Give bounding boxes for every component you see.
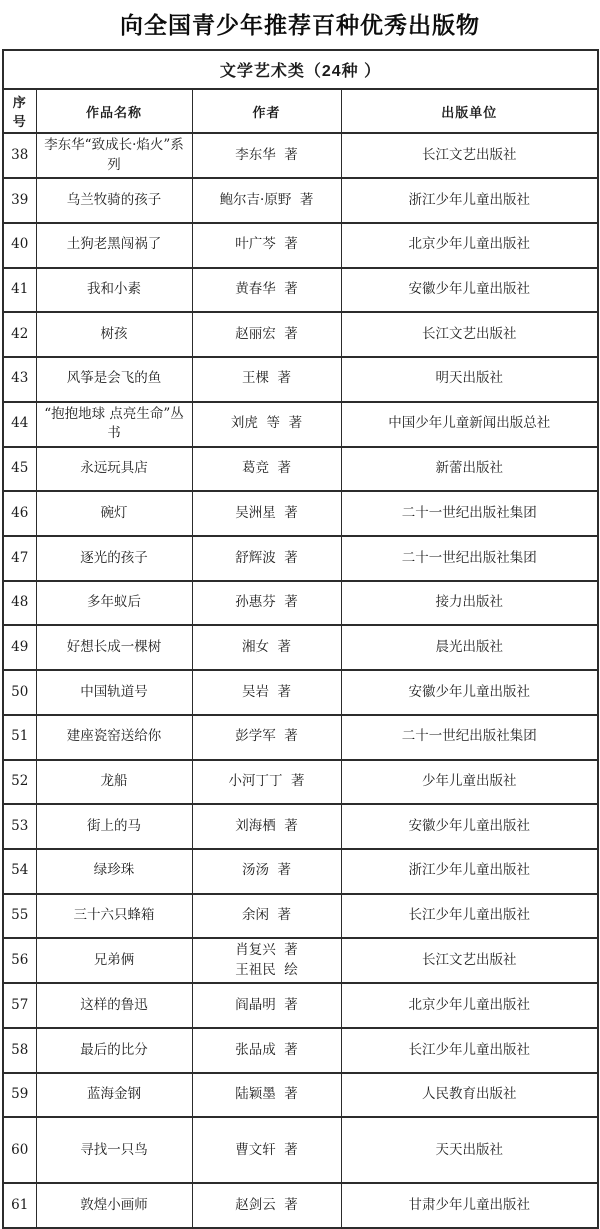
title-cell: “抱抱地球 点亮生命”丛书 bbox=[36, 402, 192, 447]
column-header-row: 序号 作品名称 作者 出版单位 bbox=[3, 89, 598, 133]
row-number-cell: 42 bbox=[3, 312, 36, 357]
table-row: 38 李东华“致成长·焰火”系列 李东华 著 长江文艺出版社 bbox=[3, 133, 598, 178]
table-row: 57 这样的鲁迅 阎晶明 著 北京少年儿童出版社 bbox=[3, 983, 598, 1028]
publisher-cell: 中国少年儿童新闻出版总社 bbox=[341, 402, 598, 447]
column-header-publisher: 出版单位 bbox=[341, 89, 598, 133]
publisher-cell: 安徽少年儿童出版社 bbox=[341, 804, 598, 849]
title-cell: 碗灯 bbox=[36, 491, 192, 536]
table-row: 60 寻找一只鸟 曹文轩 著 天天出版社 bbox=[3, 1117, 598, 1183]
table-row: 43 风筝是会飞的鱼 王棵 著 明天出版社 bbox=[3, 357, 598, 402]
author-cell: 湘女 著 bbox=[192, 625, 341, 670]
title-cell: 蓝海金钢 bbox=[36, 1073, 192, 1118]
row-number-cell: 45 bbox=[3, 447, 36, 492]
publisher-cell: 二十一世纪出版社集团 bbox=[341, 491, 598, 536]
table-row: 61 敦煌小画师 赵剑云 著 甘肃少年儿童出版社 bbox=[3, 1183, 598, 1228]
publisher-cell: 甘肃少年儿童出版社 bbox=[341, 1183, 598, 1228]
publisher-cell: 安徽少年儿童出版社 bbox=[341, 268, 598, 313]
row-number-cell: 50 bbox=[3, 670, 36, 715]
title-cell: 三十六只蜂箱 bbox=[36, 894, 192, 939]
author-cell: 黄春华 著 bbox=[192, 268, 341, 313]
publisher-cell: 新蕾出版社 bbox=[341, 447, 598, 492]
title-cell: 这样的鲁迅 bbox=[36, 983, 192, 1028]
publisher-cell: 长江少年儿童出版社 bbox=[341, 1028, 598, 1073]
row-number-cell: 51 bbox=[3, 715, 36, 760]
table-row: 48 多年蚁后 孙惠芬 著 接力出版社 bbox=[3, 581, 598, 626]
author-cell: 彭学军 著 bbox=[192, 715, 341, 760]
column-header-title: 作品名称 bbox=[36, 89, 192, 133]
author-cell: 孙惠芬 著 bbox=[192, 581, 341, 626]
row-number-cell: 48 bbox=[3, 581, 36, 626]
table-row: 39 乌兰牧骑的孩子 鲍尔吉·原野 著 浙江少年儿童出版社 bbox=[3, 178, 598, 223]
row-number-cell: 60 bbox=[3, 1117, 36, 1183]
publisher-cell: 少年儿童出版社 bbox=[341, 760, 598, 805]
author-cell: 张品成 著 bbox=[192, 1028, 341, 1073]
row-number-cell: 52 bbox=[3, 760, 36, 805]
publisher-cell: 长江文艺出版社 bbox=[341, 312, 598, 357]
table-row: 52 龙船 小河丁丁 著 少年儿童出版社 bbox=[3, 760, 598, 805]
row-number-cell: 43 bbox=[3, 357, 36, 402]
title-cell: 树孩 bbox=[36, 312, 192, 357]
title-cell: 好想长成一棵树 bbox=[36, 625, 192, 670]
table-row: 41 我和小素 黄春华 著 安徽少年儿童出版社 bbox=[3, 268, 598, 313]
publisher-cell: 浙江少年儿童出版社 bbox=[341, 849, 598, 894]
publisher-cell: 北京少年儿童出版社 bbox=[341, 223, 598, 268]
title-cell: 逐光的孩子 bbox=[36, 536, 192, 581]
author-cell: 吴洲星 著 bbox=[192, 491, 341, 536]
table-row: 47 逐光的孩子 舒辉波 著 二十一世纪出版社集团 bbox=[3, 536, 598, 581]
row-number-cell: 54 bbox=[3, 849, 36, 894]
table-row: 40 土狗老黑闯祸了 叶广芩 著 北京少年儿童出版社 bbox=[3, 223, 598, 268]
publisher-cell: 二十一世纪出版社集团 bbox=[341, 715, 598, 760]
row-number-cell: 47 bbox=[3, 536, 36, 581]
title-cell: 土狗老黑闯祸了 bbox=[36, 223, 192, 268]
title-cell: 多年蚁后 bbox=[36, 581, 192, 626]
publisher-cell: 浙江少年儿童出版社 bbox=[341, 178, 598, 223]
publications-table: 文学艺术类（24种 ） 序号 作品名称 作者 出版单位 38 李东华“致成长·焰… bbox=[2, 49, 599, 1229]
table-row: 45 永远玩具店 葛竞 著 新蕾出版社 bbox=[3, 447, 598, 492]
table-row: 58 最后的比分 张品成 著 长江少年儿童出版社 bbox=[3, 1028, 598, 1073]
title-cell: 永远玩具店 bbox=[36, 447, 192, 492]
row-number-cell: 58 bbox=[3, 1028, 36, 1073]
author-cell: 刘海栖 著 bbox=[192, 804, 341, 849]
publisher-cell: 北京少年儿童出版社 bbox=[341, 983, 598, 1028]
table-row: 46 碗灯 吴洲星 著 二十一世纪出版社集团 bbox=[3, 491, 598, 536]
table-row: 51 建座瓷窑送给你 彭学军 著 二十一世纪出版社集团 bbox=[3, 715, 598, 760]
page-title: 向全国青少年推荐百种优秀出版物 bbox=[0, 7, 600, 40]
author-cell: 王棵 著 bbox=[192, 357, 341, 402]
publisher-cell: 二十一世纪出版社集团 bbox=[341, 536, 598, 581]
author-cell: 小河丁丁 著 bbox=[192, 760, 341, 805]
publisher-cell: 长江少年儿童出版社 bbox=[341, 894, 598, 939]
publisher-cell: 人民教育出版社 bbox=[341, 1073, 598, 1118]
title-cell: 建座瓷窑送给你 bbox=[36, 715, 192, 760]
title-cell: 风筝是会飞的鱼 bbox=[36, 357, 192, 402]
publisher-cell: 接力出版社 bbox=[341, 581, 598, 626]
publisher-cell: 明天出版社 bbox=[341, 357, 598, 402]
row-number-cell: 44 bbox=[3, 402, 36, 447]
row-number-cell: 38 bbox=[3, 133, 36, 178]
row-number-cell: 53 bbox=[3, 804, 36, 849]
author-cell: 吴岩 著 bbox=[192, 670, 341, 715]
title-cell: 最后的比分 bbox=[36, 1028, 192, 1073]
category-header-row: 文学艺术类（24种 ） bbox=[3, 50, 598, 89]
title-cell: 寻找一只鸟 bbox=[36, 1117, 192, 1183]
author-cell: 阎晶明 著 bbox=[192, 983, 341, 1028]
table-row: 50 中国轨道号 吴岩 著 安徽少年儿童出版社 bbox=[3, 670, 598, 715]
publisher-cell: 天天出版社 bbox=[341, 1117, 598, 1183]
author-cell: 刘虎 等 著 bbox=[192, 402, 341, 447]
publisher-cell: 长江文艺出版社 bbox=[341, 133, 598, 178]
column-header-no: 序号 bbox=[3, 89, 36, 133]
publisher-cell: 安徽少年儿童出版社 bbox=[341, 670, 598, 715]
author-cell: 肖复兴 著 王祖民 绘 bbox=[192, 938, 341, 983]
title-cell: 我和小素 bbox=[36, 268, 192, 313]
row-number-cell: 46 bbox=[3, 491, 36, 536]
column-header-author: 作者 bbox=[192, 89, 341, 133]
row-number-cell: 56 bbox=[3, 938, 36, 983]
table-row: 42 树孩 赵丽宏 著 长江文艺出版社 bbox=[3, 312, 598, 357]
title-cell: 中国轨道号 bbox=[36, 670, 192, 715]
title-cell: 李东华“致成长·焰火”系列 bbox=[36, 133, 192, 178]
author-cell: 赵剑云 著 bbox=[192, 1183, 341, 1228]
author-cell: 陆颖墨 著 bbox=[192, 1073, 341, 1118]
author-cell: 汤汤 著 bbox=[192, 849, 341, 894]
title-cell: 龙船 bbox=[36, 760, 192, 805]
row-number-cell: 49 bbox=[3, 625, 36, 670]
title-cell: 乌兰牧骑的孩子 bbox=[36, 178, 192, 223]
row-number-cell: 39 bbox=[3, 178, 36, 223]
table-row: 44 “抱抱地球 点亮生命”丛书 刘虎 等 著 中国少年儿童新闻出版总社 bbox=[3, 402, 598, 447]
document-page: 向全国青少年推荐百种优秀出版物 文学艺术类（24种 ） 序号 作品名称 作者 出… bbox=[0, 0, 600, 1229]
title-cell: 敦煌小画师 bbox=[36, 1183, 192, 1228]
title-cell: 兄弟俩 bbox=[36, 938, 192, 983]
row-number-cell: 57 bbox=[3, 983, 36, 1028]
row-number-cell: 59 bbox=[3, 1073, 36, 1118]
author-cell: 余闲 著 bbox=[192, 894, 341, 939]
author-cell: 鲍尔吉·原野 著 bbox=[192, 178, 341, 223]
author-cell: 赵丽宏 著 bbox=[192, 312, 341, 357]
table-row: 59 蓝海金钢 陆颖墨 著 人民教育出版社 bbox=[3, 1073, 598, 1118]
row-number-cell: 41 bbox=[3, 268, 36, 313]
title-cell: 街上的马 bbox=[36, 804, 192, 849]
row-number-cell: 55 bbox=[3, 894, 36, 939]
category-header: 文学艺术类（24种 ） bbox=[3, 50, 598, 89]
publisher-cell: 晨光出版社 bbox=[341, 625, 598, 670]
table-row: 53 街上的马 刘海栖 著 安徽少年儿童出版社 bbox=[3, 804, 598, 849]
table-row: 54 绿珍珠 汤汤 著 浙江少年儿童出版社 bbox=[3, 849, 598, 894]
table-row: 56 兄弟俩 肖复兴 著 王祖民 绘 长江文艺出版社 bbox=[3, 938, 598, 983]
author-cell: 曹文轩 著 bbox=[192, 1117, 341, 1183]
author-cell: 叶广芩 著 bbox=[192, 223, 341, 268]
row-number-cell: 61 bbox=[3, 1183, 36, 1228]
title-cell: 绿珍珠 bbox=[36, 849, 192, 894]
row-number-cell: 40 bbox=[3, 223, 36, 268]
table-row: 55 三十六只蜂箱 余闲 著 长江少年儿童出版社 bbox=[3, 894, 598, 939]
table-row: 49 好想长成一棵树 湘女 著 晨光出版社 bbox=[3, 625, 598, 670]
publisher-cell: 长江文艺出版社 bbox=[341, 938, 598, 983]
author-cell: 李东华 著 bbox=[192, 133, 341, 178]
author-cell: 舒辉波 著 bbox=[192, 536, 341, 581]
author-cell: 葛竞 著 bbox=[192, 447, 341, 492]
